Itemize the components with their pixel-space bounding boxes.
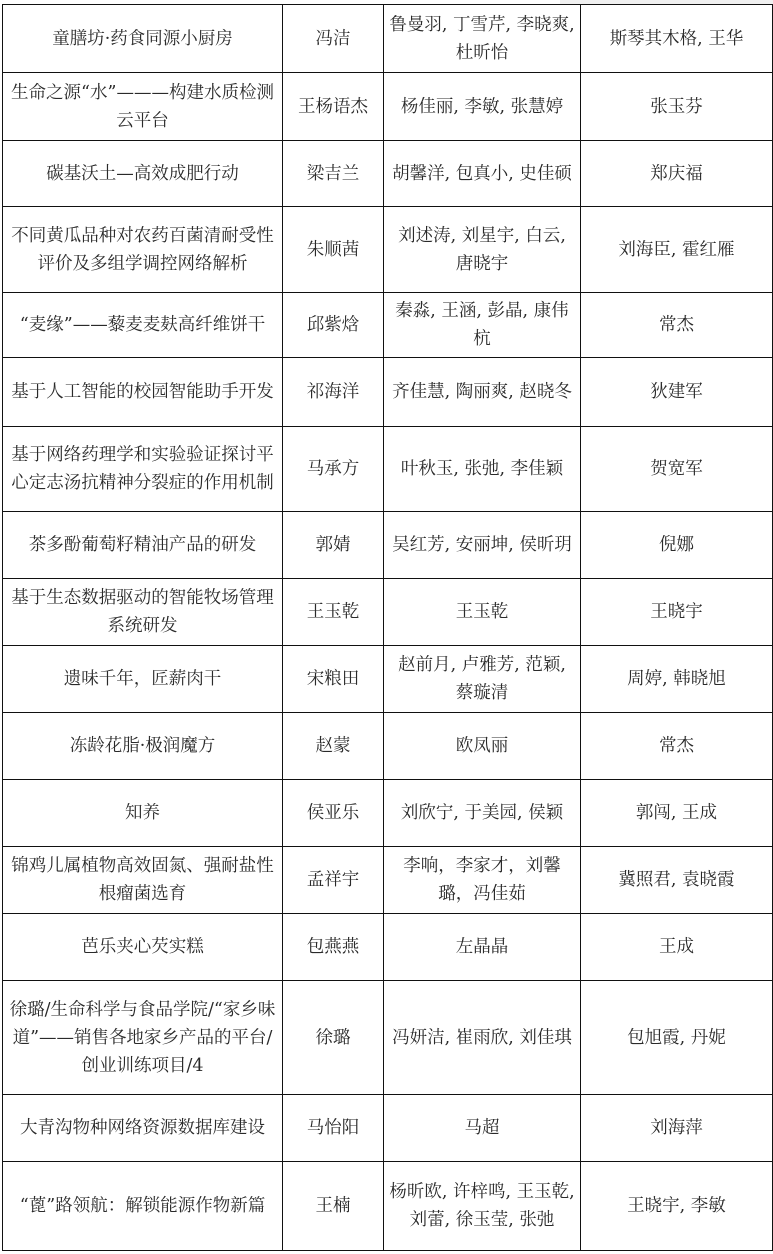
table-row: 基于生态数据驱动的智能牧场管理系统研发 王玉乾 王玉乾 王晓宇: [3, 579, 773, 646]
members-cell: 吴红芳, 安丽坤, 侯昕玥: [384, 512, 581, 579]
table-row: 童膳坊·药食同源小厨房 冯洁 鲁曼羽, 丁雪芹, 李晓爽, 杜昕怡 斯琴其木格,…: [3, 5, 773, 73]
members-cell: 赵前月, 卢雅芳, 范颖, 蔡璇清: [384, 646, 581, 713]
leader-cell: 徐璐: [283, 981, 384, 1095]
advisors-cell: 王晓宇, 李敏: [581, 1162, 773, 1251]
members-cell: 秦淼, 王涵, 彭晶, 康伟杭: [384, 293, 581, 358]
advisors-cell: 包旭霞, 丹妮: [581, 981, 773, 1095]
leader-cell: 孟祥宇: [283, 847, 384, 914]
leader-cell: 宋粮田: [283, 646, 384, 713]
members-cell: 欧凤丽: [384, 713, 581, 780]
project-name-cell: 生命之源“水”———构建水质检测云平台: [3, 73, 283, 141]
leader-cell: 赵蒙: [283, 713, 384, 780]
members-cell: 鲁曼羽, 丁雪芹, 李晓爽, 杜昕怡: [384, 5, 581, 73]
table-row: 不同黄瓜品种对农药百菌清耐受性评价及多组学调控网络解析 朱顺茜 刘述涛, 刘星宇…: [3, 207, 773, 293]
table-row: 冻龄花脂·极润魔方 赵蒙 欧凤丽 常杰: [3, 713, 773, 780]
project-name-cell: 芭乐夹心芡实糕: [3, 914, 283, 981]
leader-cell: 侯亚乐: [283, 780, 384, 847]
project-name-cell: 童膳坊·药食同源小厨房: [3, 5, 283, 73]
table-row: 遗味千年，匠薪肉干 宋粮田 赵前月, 卢雅芳, 范颖, 蔡璇清 周婷, 韩晓旭: [3, 646, 773, 713]
advisors-cell: 冀照君, 袁晓霞: [581, 847, 773, 914]
table-row: 徐璐/生命科学与食品学院/“家乡味道”——销售各地家乡产品的平台/创业训练项目/…: [3, 981, 773, 1095]
advisors-cell: 贺宽军: [581, 427, 773, 512]
leader-cell: 马怡阳: [283, 1095, 384, 1162]
members-cell: 刘述涛, 刘星宇, 白云, 唐晓宇: [384, 207, 581, 293]
advisors-cell: 周婷, 韩晓旭: [581, 646, 773, 713]
leader-cell: 朱顺茜: [283, 207, 384, 293]
members-cell: 马超: [384, 1095, 581, 1162]
project-name-cell: 知养: [3, 780, 283, 847]
leader-cell: 王玉乾: [283, 579, 384, 646]
advisors-cell: 狄建军: [581, 358, 773, 427]
leader-cell: 王楠: [283, 1162, 384, 1251]
leader-cell: 包燕燕: [283, 914, 384, 981]
members-cell: 王玉乾: [384, 579, 581, 646]
project-name-cell: 茶多酚葡萄籽精油产品的研发: [3, 512, 283, 579]
table-row: 茶多酚葡萄籽精油产品的研发 郭婧 吴红芳, 安丽坤, 侯昕玥 倪娜: [3, 512, 773, 579]
table-body: 童膳坊·药食同源小厨房 冯洁 鲁曼羽, 丁雪芹, 李晓爽, 杜昕怡 斯琴其木格,…: [3, 5, 773, 1251]
advisors-cell: 张玉芬: [581, 73, 773, 141]
members-cell: 左晶晶: [384, 914, 581, 981]
advisors-cell: 刘海萍: [581, 1095, 773, 1162]
project-name-cell: 锦鸡儿属植物高效固氮、强耐盐性根瘤菌选育: [3, 847, 283, 914]
leader-cell: 马承方: [283, 427, 384, 512]
project-table: 童膳坊·药食同源小厨房 冯洁 鲁曼羽, 丁雪芹, 李晓爽, 杜昕怡 斯琴其木格,…: [2, 4, 773, 1251]
members-cell: 叶秋玉, 张弛, 李佳颖: [384, 427, 581, 512]
project-name-cell: “麦缘”——藜麦麦麸高纤维饼干: [3, 293, 283, 358]
table-row: 知养 侯亚乐 刘欣宁, 于美园, 侯颖 郭闯, 王成: [3, 780, 773, 847]
members-cell: 李响，李家才，刘馨璐，冯佳茹: [384, 847, 581, 914]
members-cell: 胡馨洋, 包真小, 史佳硕: [384, 141, 581, 207]
advisors-cell: 郑庆福: [581, 141, 773, 207]
members-cell: 冯妍洁, 崔雨欣, 刘佳琪: [384, 981, 581, 1095]
project-name-cell: 碳基沃土—高效成肥行动: [3, 141, 283, 207]
leader-cell: 王杨语杰: [283, 73, 384, 141]
table-row: 生命之源“水”———构建水质检测云平台 王杨语杰 杨佳丽, 李敏, 张慧婷 张玉…: [3, 73, 773, 141]
members-cell: 杨佳丽, 李敏, 张慧婷: [384, 73, 581, 141]
advisors-cell: 郭闯, 王成: [581, 780, 773, 847]
project-name-cell: 徐璐/生命科学与食品学院/“家乡味道”——销售各地家乡产品的平台/创业训练项目/…: [3, 981, 283, 1095]
table-row: 基于网络药理学和实验验证探讨平心定志汤抗精神分裂症的作用机制 马承方 叶秋玉, …: [3, 427, 773, 512]
project-name-cell: 冻龄花脂·极润魔方: [3, 713, 283, 780]
advisors-cell: 斯琴其木格, 王华: [581, 5, 773, 73]
leader-cell: 邱紫焓: [283, 293, 384, 358]
table-row: 芭乐夹心芡实糕 包燕燕 左晶晶 王成: [3, 914, 773, 981]
members-cell: 杨昕欧, 许梓鸣, 王玉乾, 刘蕾, 徐玉莹, 张弛: [384, 1162, 581, 1251]
leader-cell: 祁海洋: [283, 358, 384, 427]
leader-cell: 梁吉兰: [283, 141, 384, 207]
table-row: 基于人工智能的校园智能助手开发 祁海洋 齐佳慧, 陶丽爽, 赵晓冬 狄建军: [3, 358, 773, 427]
advisors-cell: 倪娜: [581, 512, 773, 579]
table-row: 碳基沃土—高效成肥行动 梁吉兰 胡馨洋, 包真小, 史佳硕 郑庆福: [3, 141, 773, 207]
leader-cell: 冯洁: [283, 5, 384, 73]
advisors-cell: 王成: [581, 914, 773, 981]
advisors-cell: 王晓宇: [581, 579, 773, 646]
project-name-cell: 基于网络药理学和实验验证探讨平心定志汤抗精神分裂症的作用机制: [3, 427, 283, 512]
project-name-cell: 基于人工智能的校园智能助手开发: [3, 358, 283, 427]
advisors-cell: 刘海臣, 霍红雁: [581, 207, 773, 293]
project-name-cell: “蓖”路领航：解锁能源作物新篇: [3, 1162, 283, 1251]
members-cell: 齐佳慧, 陶丽爽, 赵晓冬: [384, 358, 581, 427]
project-name-cell: 遗味千年，匠薪肉干: [3, 646, 283, 713]
table-row: “麦缘”——藜麦麦麸高纤维饼干 邱紫焓 秦淼, 王涵, 彭晶, 康伟杭 常杰: [3, 293, 773, 358]
advisors-cell: 常杰: [581, 293, 773, 358]
leader-cell: 郭婧: [283, 512, 384, 579]
table-row: “蓖”路领航：解锁能源作物新篇 王楠 杨昕欧, 许梓鸣, 王玉乾, 刘蕾, 徐玉…: [3, 1162, 773, 1251]
members-cell: 刘欣宁, 于美园, 侯颖: [384, 780, 581, 847]
project-name-cell: 基于生态数据驱动的智能牧场管理系统研发: [3, 579, 283, 646]
project-name-cell: 大青沟物种网络资源数据库建设: [3, 1095, 283, 1162]
advisors-cell: 常杰: [581, 713, 773, 780]
table-row: 锦鸡儿属植物高效固氮、强耐盐性根瘤菌选育 孟祥宇 李响，李家才，刘馨璐，冯佳茹 …: [3, 847, 773, 914]
project-name-cell: 不同黄瓜品种对农药百菌清耐受性评价及多组学调控网络解析: [3, 207, 283, 293]
table-row: 大青沟物种网络资源数据库建设 马怡阳 马超 刘海萍: [3, 1095, 773, 1162]
